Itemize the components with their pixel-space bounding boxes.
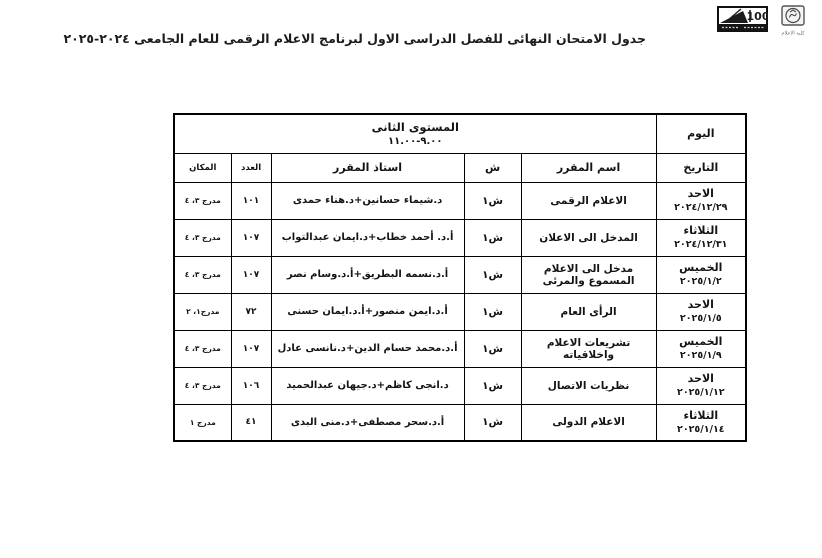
- student-count: ١٠٧: [231, 219, 271, 256]
- table-row: الاحد ٢٠٢٥/١/٥ الرأى العام ش١ أ.د.ايمن م…: [174, 293, 746, 330]
- column-header-place: المكان: [174, 153, 231, 182]
- course-name: الاعلام الدولى: [521, 404, 656, 441]
- day-value: الثلاثاء: [659, 224, 744, 238]
- column-header-day: اليوم: [656, 114, 746, 153]
- level-header-cell: المستوى الثانى ٩.٠٠-١١.٠٠: [174, 114, 656, 153]
- place-value: مدرج ١: [174, 404, 231, 441]
- professor-name: أ.د.نسمه البطريق+أ.د.وسام نصر: [271, 256, 464, 293]
- day-value: الاحد: [659, 187, 744, 201]
- course-name: المدخل الى الاعلان: [521, 219, 656, 256]
- header-row-columns: التاريخ اسم المقرر ش استاذ المقرر العدد …: [174, 153, 746, 182]
- cell-day-date: الاحد ٢٠٢٥/١/١٢: [656, 367, 746, 404]
- column-header-course: اسم المقرر: [521, 153, 656, 182]
- place-value: مدرج١، ٢: [174, 293, 231, 330]
- date-value: ٢٠٢٥/١/٩: [659, 349, 744, 362]
- exam-time-range: ٩.٠٠-١١.٠٠: [177, 135, 654, 148]
- date-value: ٢٠٢٥/١/١٤: [659, 423, 744, 436]
- faculty-logo-caption: كلية الاعلام: [780, 31, 805, 36]
- column-header-date: التاريخ: [656, 153, 746, 182]
- header-row-level: اليوم المستوى الثانى ٩.٠٠-١١.٠٠: [174, 114, 746, 153]
- table-row: الثلاثاء ٢٠٢٤/١٢/٣١ المدخل الى الاعلان ش…: [174, 219, 746, 256]
- cell-day-date: الاحد ٢٠٢٥/١/٥: [656, 293, 746, 330]
- place-value: مدرج ٣، ٤: [174, 256, 231, 293]
- day-value: الاحد: [659, 298, 744, 312]
- course-name: تشريعات الاعلام واخلاقياته: [521, 330, 656, 367]
- day-value: الخميس: [659, 335, 744, 349]
- level-title: المستوى الثانى: [177, 120, 654, 135]
- centennial-logo-icon: 100: [717, 6, 768, 34]
- date-value: ٢٠٢٥/١/١٢: [659, 386, 744, 399]
- day-value: الخميس: [659, 261, 744, 275]
- professor-name: أ.د.سحر مصطفى+د.منى البدى: [271, 404, 464, 441]
- professor-name: أ.د.محمد حسام الدين+د.نانسى عادل: [271, 330, 464, 367]
- course-name: الرأى العام: [521, 293, 656, 330]
- cell-day-date: الخميس ٢٠٢٥/١/٢: [656, 256, 746, 293]
- place-value: مدرج ٣، ٤: [174, 219, 231, 256]
- cell-day-date: الثلاثاء ٢٠٢٤/١٢/٣١: [656, 219, 746, 256]
- table-row: الاحد ٢٠٢٤/١٢/٢٩ الاعلام الرقمى ش١ د.شيم…: [174, 182, 746, 219]
- centennial-number: 100: [747, 10, 768, 23]
- student-count: ٧٢: [231, 293, 271, 330]
- student-count: ١٠١: [231, 182, 271, 219]
- place-value: مدرج ٣، ٤: [174, 330, 231, 367]
- table-row: الخميس ٢٠٢٥/١/٢ مدخل الى الاعلام المسموع…: [174, 256, 746, 293]
- date-value: ٢٠٢٥/١/٥: [659, 312, 744, 325]
- place-value: مدرج ٣، ٤: [174, 367, 231, 404]
- table-row: الثلاثاء ٢٠٢٥/١/١٤ الاعلام الدولى ش١ أ.د…: [174, 404, 746, 441]
- column-header-count: العدد: [231, 153, 271, 182]
- course-name: نظريات الاتصال: [521, 367, 656, 404]
- table-row: الاحد ٢٠٢٥/١/١٢ نظريات الاتصال ش١ د.انجى…: [174, 367, 746, 404]
- cell-day-date: الثلاثاء ٢٠٢٥/١/١٤: [656, 404, 746, 441]
- cell-day-date: الاحد ٢٠٢٤/١٢/٢٩: [656, 182, 746, 219]
- cell-day-date: الخميس ٢٠٢٥/١/٩: [656, 330, 746, 367]
- page-title: جدول الامتحان النهائى للفصل الدراسى الاو…: [196, 31, 646, 46]
- table-row: الخميس ٢٠٢٥/١/٩ تشريعات الاعلام واخلاقيا…: [174, 330, 746, 367]
- student-count: ١٠٧: [231, 256, 271, 293]
- course-name: الاعلام الرقمى: [521, 182, 656, 219]
- faculty-logo-icon: كلية الاعلام: [779, 5, 807, 37]
- professor-name: أ.د. أحمد خطاب+د.ايمان عبدالتواب: [271, 219, 464, 256]
- section-value: ش١: [464, 330, 521, 367]
- section-value: ش١: [464, 404, 521, 441]
- student-count: ١٠٧: [231, 330, 271, 367]
- professor-name: د.شيماء حسانين+د.هناء حمدى: [271, 182, 464, 219]
- date-value: ٢٠٢٥/١/٢: [659, 275, 744, 288]
- section-value: ش١: [464, 219, 521, 256]
- column-header-section: ش: [464, 153, 521, 182]
- professor-name: د.انجى كاظم+د.جيهان عبدالحميد: [271, 367, 464, 404]
- date-value: ٢٠٢٤/١٢/٣١: [659, 238, 744, 251]
- section-value: ش١: [464, 256, 521, 293]
- day-value: الثلاثاء: [659, 409, 744, 423]
- date-value: ٢٠٢٤/١٢/٢٩: [659, 201, 744, 214]
- day-value: الاحد: [659, 372, 744, 386]
- student-count: ١٠٦: [231, 367, 271, 404]
- section-value: ش١: [464, 182, 521, 219]
- course-name: مدخل الى الاعلام المسموع والمرئى: [521, 256, 656, 293]
- professor-name: أ.د.ايمن منصور+أ.د.ايمان حسنى: [271, 293, 464, 330]
- section-value: ش١: [464, 293, 521, 330]
- exam-schedule-document: 100 كلية الاعلام جدول الامتحان النهائى ل…: [0, 0, 822, 558]
- section-value: ش١: [464, 367, 521, 404]
- student-count: ٤١: [231, 404, 271, 441]
- place-value: مدرج ٣، ٤: [174, 182, 231, 219]
- column-header-professor: استاذ المقرر: [271, 153, 464, 182]
- exam-schedule-table: اليوم المستوى الثانى ٩.٠٠-١١.٠٠ التاريخ …: [173, 113, 747, 442]
